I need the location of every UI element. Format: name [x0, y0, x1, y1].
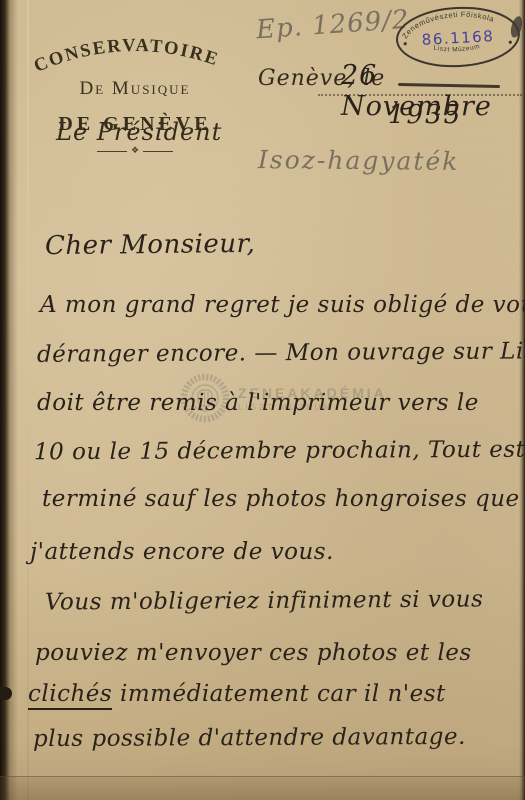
svg-text:CONSERVATOIRE: CONSERVATOIRE [31, 36, 221, 76]
paper-fold-bottom [0, 776, 525, 800]
letter-line-7: j'attends encore de vous. [30, 539, 334, 565]
scan-edge-left [0, 0, 18, 800]
letter-line-6: terminé sauf les photos hongroises que [42, 486, 520, 512]
letterhead-title-text: CONSERVATOIRE [31, 36, 221, 76]
ornament-rule-right [143, 151, 173, 152]
stamp-inventory-number: 86.1168 [421, 27, 494, 49]
archival-ep-number: Ep. 1269/2 [255, 5, 410, 46]
letterhead-arc-title: CONSERVATOIRE [19, 28, 251, 76]
letter-salutation: Cher Monsieur, [45, 229, 256, 261]
scanned-letter-page: CONSERVATOIRE De Musique DE GENÈVE ❖ Le … [0, 0, 525, 800]
letter-line-10: clichés immédiatement car il n'est [28, 681, 446, 707]
letter-line-8: Vous m'obligeriez infiniment si vous [45, 586, 484, 615]
stamp-dot-right [509, 41, 512, 44]
letterhead-role-title: Le Président [56, 118, 222, 146]
underlined-word: clichés [28, 681, 112, 710]
stamp-dot-left [404, 42, 407, 45]
ornament-rule-left [97, 151, 127, 152]
dateline-handwritten-year: 1935 [388, 100, 462, 130]
letter-line-3: déranger encore. — Mon ouvrage sur Liszt [37, 338, 525, 368]
letter-line-5: 10 ou le 15 décembre prochain, Tout est [34, 437, 525, 466]
letter-line-11: plus possible d'attendre davantage. [33, 724, 466, 752]
letter-line-9: pouviez m'envoyer ces photos et les [35, 640, 472, 666]
provenance-pencil-note: Isoz-hagyaték [258, 145, 460, 176]
fleuron-ornament-icon: ❖ [131, 147, 139, 156]
letter-line-2: A mon grand regret je suis obligé de vou… [40, 292, 525, 318]
letter-line-10-rest: immédiatement car il n'est [112, 681, 446, 707]
letter-line-4: doit être remis à l'imprimeur vers le [37, 390, 479, 416]
letterhead-line2: De Musique [19, 78, 251, 100]
stamp-ink-smudge [509, 15, 524, 39]
letterhead-ornament: ❖ [19, 147, 251, 156]
